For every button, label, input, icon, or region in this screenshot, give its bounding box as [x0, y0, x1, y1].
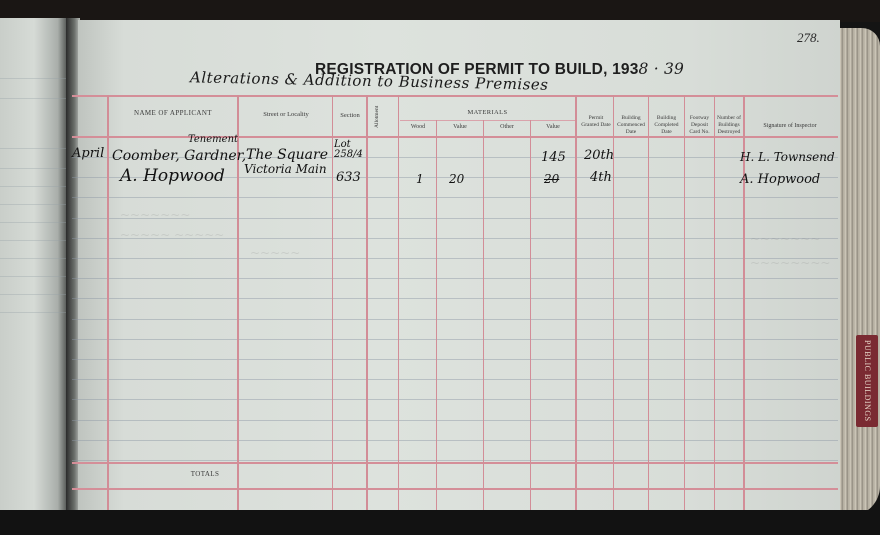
header-other-value: Value	[531, 124, 575, 131]
totals-bottom-rule	[72, 488, 838, 490]
col-line	[483, 120, 484, 512]
entry-1-permit-granted: 20th	[584, 148, 614, 163]
entry-1-section: Lot 258/4	[334, 140, 366, 160]
entry-2-wood-value: 20	[449, 172, 464, 186]
header-footway-deposit: Footway Deposit Card No.	[685, 115, 714, 136]
ruled-line	[72, 197, 838, 198]
ruled-line	[72, 359, 838, 360]
ruled-line	[72, 399, 838, 400]
show-through-text: ~~~~~~~	[120, 208, 190, 222]
entry-1-other-value: 145	[541, 150, 566, 165]
header-building-completed-date: Building Completed Date	[649, 115, 684, 136]
show-through-text: ~~~~~~~~	[750, 256, 830, 270]
entry-2-inspector-signature: A. Hopwood	[740, 172, 820, 187]
header-section: Section	[334, 112, 366, 119]
entry-2-other-value-struck: 20	[544, 172, 559, 186]
col-line	[436, 120, 437, 512]
entry-2-section: 633	[336, 170, 361, 185]
col-line	[366, 95, 368, 512]
ruled-line	[72, 420, 838, 421]
ledger-page	[78, 20, 840, 512]
ruled-line	[72, 440, 838, 441]
header-wood-value: Value	[437, 124, 483, 131]
ruled-line	[72, 278, 838, 279]
scan-top-edge	[0, 0, 880, 22]
materials-subheader-rule	[400, 120, 575, 121]
header-materials: MATERIALS	[400, 109, 575, 116]
page-number: 278.	[797, 30, 820, 46]
totals-top-rule	[72, 462, 838, 464]
totals-label: TOTALS	[180, 471, 230, 478]
header-wood: Wood	[400, 124, 436, 131]
col-line	[575, 95, 577, 512]
show-through-text: ~~~~~ ~~~~~	[120, 228, 224, 242]
entry-2-permit-granted: 4th	[590, 170, 612, 185]
section-tab-public-buildings[interactable]: PUBLIC BUILDINGS	[856, 335, 878, 427]
header-bottom-rule	[72, 136, 838, 138]
ruled-line	[72, 298, 838, 299]
ruled-line	[72, 339, 838, 340]
header-inspector-signature: Signature of Inspector	[745, 123, 835, 130]
header-street-or-locality: Street or Locality	[240, 111, 332, 118]
col-line	[398, 95, 399, 512]
header-buildings-destroyed: Number of Buildings Destroyed	[715, 115, 743, 136]
ruled-line	[72, 258, 838, 259]
show-through-text: ~~~~~	[250, 246, 300, 260]
col-line	[648, 95, 649, 512]
col-line	[530, 120, 531, 512]
header-allotment: Allotment	[374, 100, 388, 134]
col-line	[714, 95, 715, 512]
entry-1-date-prefix: April	[72, 146, 104, 161]
entry-2-street: Victoria Main	[244, 162, 327, 176]
col-line	[684, 95, 685, 512]
show-through-text: ~~~~~~~	[750, 232, 820, 246]
entry-1-applicant-note: Tenement	[188, 134, 238, 145]
entry-1-applicant: Coomber, Gardner,	[112, 148, 246, 164]
entry-1-street: The Square	[246, 147, 328, 163]
entry-1-inspector-signature: H. L. Townsend	[740, 150, 835, 164]
ruled-line	[72, 460, 838, 461]
col-line	[332, 95, 333, 512]
entry-2-wood: 1	[416, 172, 424, 186]
left-page	[0, 18, 68, 512]
handwritten-year: 8 · 39	[639, 60, 685, 78]
header-name-of-applicant: NAME OF APPLICANT	[110, 110, 236, 117]
header-top-rule	[72, 95, 838, 97]
ruled-line	[72, 379, 838, 380]
ruled-line	[72, 319, 838, 320]
header-permit-granted-date: Permit Granted Date	[581, 115, 611, 129]
entry-2-applicant: A. Hopwood	[120, 166, 225, 186]
scan-bottom-edge	[0, 510, 880, 535]
col-line	[107, 95, 109, 512]
header-other: Other	[484, 124, 530, 131]
page-edges	[834, 28, 880, 516]
header-building-commenced-date: Building Commenced Date	[614, 115, 648, 136]
